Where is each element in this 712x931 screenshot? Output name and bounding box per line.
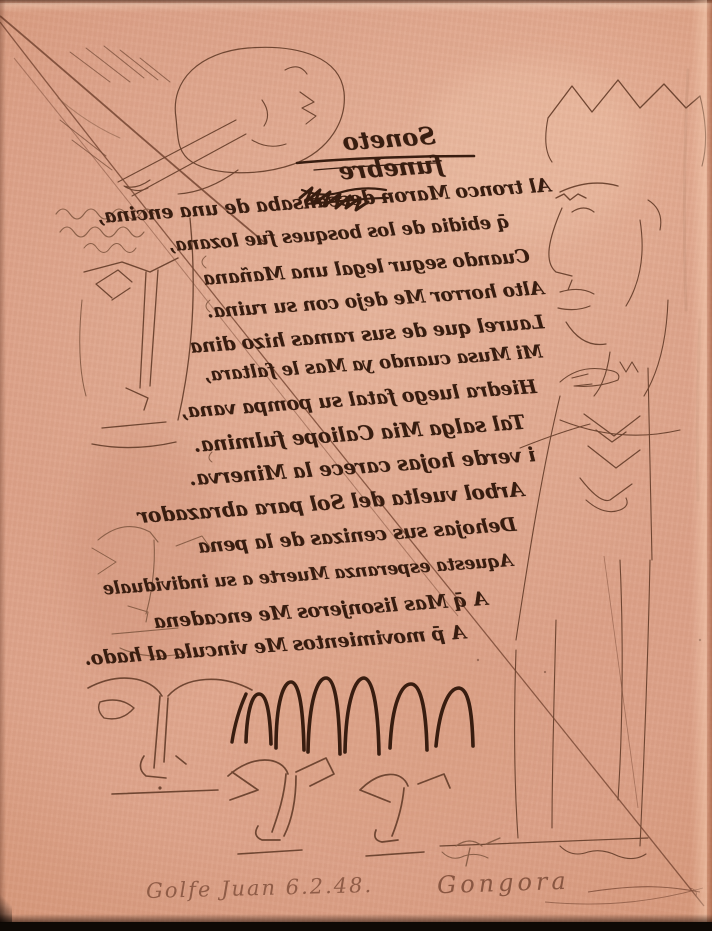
plate-top-sheen [0, 3, 712, 12]
plate-bottom-border [0, 922, 712, 931]
plate-right-edge [706, 0, 712, 931]
plate-left-edge [0, 0, 6, 931]
gongora-signature: Gongora [437, 867, 571, 900]
poem-text-block: Al tronco Maron descansaba de una encina… [79, 170, 591, 682]
photograph-of-copper-plate: Soneto funebre Al tronco Maron descansab… [0, 0, 712, 931]
plate-right-sheen [691, 0, 707, 931]
plate-corner-shadow [0, 893, 12, 923]
